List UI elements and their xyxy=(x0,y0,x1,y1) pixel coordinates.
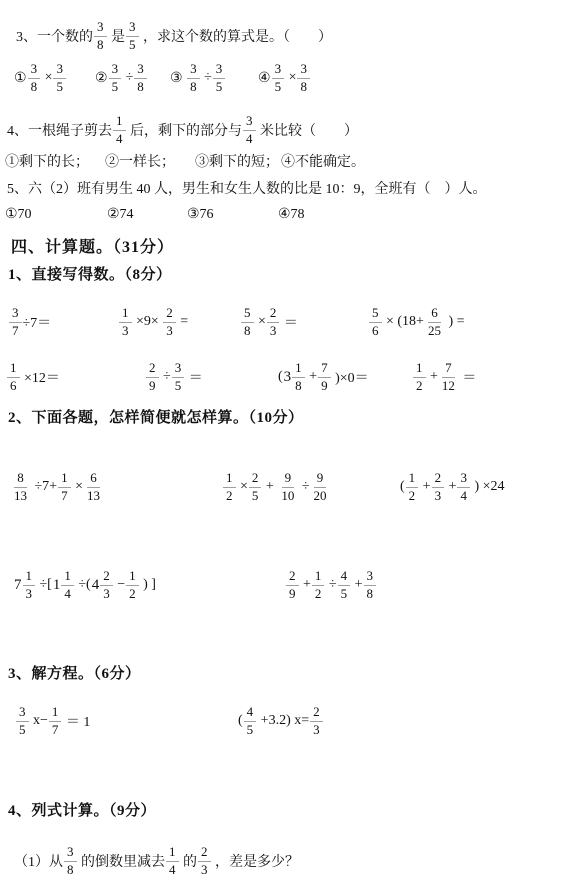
denominator: 25 xyxy=(425,323,444,339)
denominator: 3 xyxy=(119,323,132,339)
denominator: 4 xyxy=(61,586,74,602)
question-4-stem: 4、一根绳子剪去14 后，剩下的部分与34 米比较（ ） xyxy=(0,110,588,150)
direct-expr-6: 29 ÷35 ＝ xyxy=(145,356,203,398)
q5-option-1: ①70 xyxy=(5,203,32,225)
solve-equations-row-1: 35 x−17 ＝ 1 (45 +3.2) x=23 xyxy=(0,700,588,742)
numerator: 3 xyxy=(109,62,122,79)
section-4-title: 四、计算题。（31分） xyxy=(0,233,588,257)
fraction: 38 xyxy=(28,62,41,95)
numerator: 2 xyxy=(198,845,211,862)
math-text: ÷ xyxy=(160,369,171,385)
math-text: × xyxy=(72,479,83,495)
fraction: 35 xyxy=(172,361,185,394)
numerator: 9 xyxy=(282,471,295,488)
simplify-expr-1: 813 ÷7+17 ×613 xyxy=(10,466,104,508)
q3-option-3: ③ 38 ÷35 xyxy=(170,58,226,98)
whole-part: 7 xyxy=(14,577,22,594)
denominator: 7 xyxy=(58,488,71,504)
fraction: 813 xyxy=(11,471,30,504)
numerator: 6 xyxy=(428,306,441,323)
simplify-expr-3: (12 +23 +34 ) ×24 xyxy=(400,466,505,508)
math-text: ③ xyxy=(170,70,186,87)
numerator: 5 xyxy=(241,306,254,323)
denominator: 12 xyxy=(439,378,458,394)
column-calc-title: 4、列式计算。（9分） xyxy=(0,797,588,821)
denominator: 5 xyxy=(249,488,262,504)
numerator: 1 xyxy=(312,569,325,586)
direct-expr-3: 58 ×23 ＝ xyxy=(240,301,298,343)
numerator: 3 xyxy=(457,471,470,488)
math-text: + xyxy=(351,577,362,593)
numerator: 4 xyxy=(338,569,351,586)
denominator: 2 xyxy=(223,488,236,504)
math-text: 后，剩下的部分与 xyxy=(127,120,243,140)
fraction: 38 xyxy=(297,62,310,95)
denominator: 9 xyxy=(318,378,331,394)
math-text: ÷ xyxy=(298,479,309,495)
denominator: 6 xyxy=(7,378,20,394)
math-text: + xyxy=(445,479,456,495)
question-3-options: ①38 ×35 ②35 ÷38 ③ 38 ÷35 ④35 ×38 xyxy=(0,58,588,98)
fraction: 12 xyxy=(312,569,325,602)
numerator: 1 xyxy=(406,471,419,488)
equation-expr-1: 35 x−17 ＝ 1 xyxy=(15,700,90,742)
numerator: 1 xyxy=(113,114,126,131)
math-text: ÷ xyxy=(325,577,336,593)
math-text: ×12＝ xyxy=(21,367,60,387)
numerator: 8 xyxy=(14,471,27,488)
question-5-stem-text: 5、六（2）班有男生 40 人，男生和女生人数的比是 10：9，全班有（ ）人。 xyxy=(7,178,487,198)
math-text: ( xyxy=(400,479,405,495)
fraction: 17 xyxy=(58,471,71,504)
fraction: 712 xyxy=(439,361,458,394)
equation-expr-2: (45 +3.2) x=23 xyxy=(238,700,324,742)
simplify-calc-title-text: 2、下面各题，怎样简便就怎样算。（10分） xyxy=(8,406,304,427)
math-text: 是 xyxy=(108,26,126,46)
math-text: ( xyxy=(278,369,283,385)
fraction: 613 xyxy=(84,471,103,504)
numerator: 3 xyxy=(172,361,185,378)
numerator: 2 xyxy=(100,569,113,586)
denominator: 7 xyxy=(49,722,62,738)
q4-option-1: ①剩下的长； xyxy=(5,150,89,172)
denominator: 8 xyxy=(64,862,77,877)
math-text: +3.2) x= xyxy=(257,713,309,729)
numerator: 7 xyxy=(442,361,455,378)
denominator: 5 xyxy=(272,79,285,95)
fraction: 58 xyxy=(241,306,254,339)
denominator: 2 xyxy=(126,586,139,602)
numerator: 3 xyxy=(243,114,256,131)
fraction: 45 xyxy=(244,705,257,738)
math-text: × (18+ xyxy=(383,314,424,330)
fraction: 14 xyxy=(166,845,179,877)
numerator: 1 xyxy=(23,569,36,586)
math-text: x− xyxy=(30,713,48,729)
q4-option-2: ②一样长； xyxy=(105,150,175,172)
fraction: 35 xyxy=(16,705,29,738)
denominator: 8 xyxy=(94,37,107,53)
mixed-number: 318 xyxy=(284,361,305,394)
denominator: 5 xyxy=(109,79,122,95)
fraction: 12 xyxy=(413,361,426,394)
numerator: 3 xyxy=(16,705,29,722)
math-text: ÷ xyxy=(122,70,133,86)
math-text: × xyxy=(255,314,266,330)
math-text: × xyxy=(41,70,52,86)
denominator: 3 xyxy=(23,586,36,602)
fraction: 45 xyxy=(338,569,351,602)
direct-expr-5: 16 ×12＝ xyxy=(6,356,60,398)
denominator: 3 xyxy=(198,862,211,877)
direct-expr-7: (318 +79 )×0＝ xyxy=(278,356,369,398)
mixed-number: 114 xyxy=(53,569,74,602)
numerator: 5 xyxy=(369,306,382,323)
fraction: 920 xyxy=(311,471,330,504)
denominator: 4 xyxy=(166,862,179,877)
fraction: 79 xyxy=(318,361,331,394)
direct-calc-title-text: 1、直接写得数。（8分） xyxy=(8,263,172,284)
math-text: ，差是多少？ xyxy=(212,851,300,871)
denominator: 3 xyxy=(163,323,176,339)
fraction: 13 xyxy=(119,306,132,339)
fraction: 23 xyxy=(432,471,445,504)
denominator: 8 xyxy=(292,378,305,394)
denominator: 3 xyxy=(310,722,323,738)
fraction: 38 xyxy=(187,62,200,95)
math-text: )×0＝ xyxy=(332,367,369,387)
numerator: 1 xyxy=(58,471,71,488)
math-text: = xyxy=(177,314,188,330)
question-4-options: ①剩下的长； ②一样长； ③剩下的短； ④不能确定。 xyxy=(0,150,588,172)
denominator: 9 xyxy=(286,586,299,602)
column-calc-title-text: 4、列式计算。（9分） xyxy=(8,799,156,820)
denominator: 3 xyxy=(100,586,113,602)
simplify-calc-title: 2、下面各题，怎样简便就怎样算。（10分） xyxy=(0,404,588,428)
denominator: 8 xyxy=(297,79,310,95)
q4-option-3: ③剩下的短； xyxy=(195,150,279,172)
fraction: 29 xyxy=(146,361,159,394)
fraction: 29 xyxy=(286,569,299,602)
denominator: 8 xyxy=(364,586,377,602)
math-text: ① xyxy=(14,70,27,87)
numerator: 1 xyxy=(49,705,62,722)
numerator: 1 xyxy=(126,569,139,586)
fraction: 23 xyxy=(310,705,323,738)
q5-option-4: ④78 xyxy=(278,203,305,225)
math-text: ×9× xyxy=(133,314,163,330)
q3-option-1: ①38 ×35 xyxy=(14,58,67,98)
q3-option-2: ②35 ÷38 xyxy=(95,58,148,98)
simplify-calc-row-1: 813 ÷7+17 ×613 12 ×25 + 910 ÷920 (12 +23… xyxy=(0,466,588,508)
numerator: 2 xyxy=(163,306,176,323)
direct-calc-title: 1、直接写得数。（8分） xyxy=(0,262,588,284)
math-text: ，求这个数的算式是。（ ） xyxy=(140,26,333,46)
fraction: 35 xyxy=(53,62,66,95)
simplify-expr-2: 12 ×25 + 910 ÷920 xyxy=(222,466,331,508)
denominator: 20 xyxy=(311,488,330,504)
whole-part: 4 xyxy=(92,577,100,594)
fraction: 38 xyxy=(94,20,107,53)
denominator: 5 xyxy=(16,722,29,738)
question-3-stem: 3、一个数的38 是35 ，求这个数的算式是。（ ） xyxy=(0,15,588,57)
whole-part: 3 xyxy=(284,369,292,386)
math-text: ② xyxy=(95,70,108,87)
denominator: 10 xyxy=(278,488,297,504)
math-text: 米比较（ ） xyxy=(257,120,359,140)
numerator: 3 xyxy=(9,306,22,323)
numerator: 1 xyxy=(7,361,20,378)
fraction: 23 xyxy=(163,306,176,339)
denominator: 5 xyxy=(53,79,66,95)
denominator: 13 xyxy=(11,488,30,504)
denominator: 6 xyxy=(369,323,382,339)
fraction: 17 xyxy=(49,705,62,738)
whole-part: 1 xyxy=(53,577,61,594)
mixed-number: 713 xyxy=(14,569,35,602)
q4-option-4: ④不能确定。 xyxy=(281,150,365,172)
denominator: 5 xyxy=(338,586,351,602)
q5-option-2: ②74 xyxy=(107,203,134,225)
solve-equations-title-text: 3、解方程。（6分） xyxy=(8,662,141,683)
fraction: 37 xyxy=(9,306,22,339)
numerator: 3 xyxy=(297,62,310,79)
q5-option-3: ③76 xyxy=(187,203,214,225)
fraction: 625 xyxy=(425,306,444,339)
math-text: + xyxy=(300,577,311,593)
numerator: 3 xyxy=(53,62,66,79)
numerator: 3 xyxy=(64,845,77,862)
numerator: 3 xyxy=(187,62,200,79)
solve-equations-title: 3、解方程。（6分） xyxy=(0,660,588,684)
math-text: ＝ xyxy=(459,367,477,387)
denominator: 4 xyxy=(243,131,256,147)
math-text: （1）从 xyxy=(14,851,63,871)
math-text: + xyxy=(262,479,277,495)
direct-calc-row-1: 37÷7＝ 13 ×9× 23 = 58 ×23 ＝ 56 × (18+625 … xyxy=(0,301,588,343)
math-text: × xyxy=(285,70,296,86)
math-text: ＝ 1 xyxy=(62,711,90,731)
direct-expr-2: 13 ×9× 23 = xyxy=(118,301,188,343)
numerator: 2 xyxy=(310,705,323,722)
question-5-options: ①70 ②74 ③76 ④78 xyxy=(0,203,588,225)
math-text: ( xyxy=(238,713,243,729)
numerator: 2 xyxy=(286,569,299,586)
math-text: 的倒数里减去 xyxy=(78,851,166,871)
numerator: 4 xyxy=(244,705,257,722)
numerator: 1 xyxy=(61,569,74,586)
math-text: ÷7＝ xyxy=(23,312,52,332)
mixed-number: 423 xyxy=(92,569,113,602)
fraction: 23 xyxy=(198,845,211,877)
numerator: 3 xyxy=(134,62,147,79)
question-5-stem: 5、六（2）班有男生 40 人，男生和女生人数的比是 10：9，全班有（ ）人。 xyxy=(0,177,588,199)
fraction: 35 xyxy=(126,20,139,53)
math-text: ) ] xyxy=(140,577,156,593)
math-text: − xyxy=(114,577,125,593)
fraction: 12 xyxy=(126,569,139,602)
math-text: × xyxy=(237,479,248,495)
math-text: + xyxy=(419,479,430,495)
simplify-calc-row-2: 713 ÷[114 ÷(423 −12 ) ] 29 +12 ÷45 +38 xyxy=(0,564,588,606)
simplify-expr-5: 29 +12 ÷45 +38 xyxy=(285,564,377,606)
math-text: 4、一根绳子剪去 xyxy=(7,120,112,140)
fraction: 38 xyxy=(64,845,77,877)
fraction: 35 xyxy=(109,62,122,95)
math-text: ÷[ xyxy=(36,577,52,593)
math-text: ÷7+ xyxy=(31,479,57,495)
math-text: ＝ xyxy=(280,312,298,332)
fraction: 16 xyxy=(7,361,20,394)
denominator: 7 xyxy=(9,323,22,339)
denominator: 3 xyxy=(267,323,280,339)
numerator: 1 xyxy=(292,361,305,378)
numerator: 3 xyxy=(364,569,377,586)
numerator: 2 xyxy=(432,471,445,488)
fraction: 34 xyxy=(243,114,256,147)
numerator: 3 xyxy=(28,62,41,79)
denominator: 8 xyxy=(134,79,147,95)
fraction: 34 xyxy=(457,471,470,504)
numerator: 1 xyxy=(223,471,236,488)
denominator: 5 xyxy=(213,79,226,95)
numerator: 3 xyxy=(126,20,139,37)
math-text: + xyxy=(306,369,317,385)
fraction: 38 xyxy=(134,62,147,95)
math-text: ④ xyxy=(258,70,271,87)
fraction: 12 xyxy=(223,471,236,504)
denominator: 3 xyxy=(432,488,445,504)
denominator: 8 xyxy=(187,79,200,95)
direct-expr-1: 37÷7＝ xyxy=(8,301,51,343)
denominator: 5 xyxy=(244,722,257,738)
numerator: 2 xyxy=(146,361,159,378)
simplify-expr-4: 713 ÷[114 ÷(423 −12 ) ] xyxy=(13,564,156,606)
math-text: + xyxy=(427,369,438,385)
math-text: ÷( xyxy=(75,577,91,593)
denominator: 5 xyxy=(172,378,185,394)
fraction: 38 xyxy=(364,569,377,602)
fraction: 12 xyxy=(406,471,419,504)
numerator: 1 xyxy=(166,845,179,862)
denominator: 2 xyxy=(413,378,426,394)
denominator: 8 xyxy=(241,323,254,339)
fraction: 910 xyxy=(278,471,297,504)
denominator: 2 xyxy=(406,488,419,504)
denominator: 13 xyxy=(84,488,103,504)
fraction: 35 xyxy=(213,62,226,95)
fraction: 14 xyxy=(113,114,126,147)
numerator: 1 xyxy=(413,361,426,378)
math-text: ÷ xyxy=(201,70,212,86)
math-text: ＝ xyxy=(185,367,203,387)
denominator: 4 xyxy=(113,131,126,147)
direct-calc-row-2: 16 ×12＝ 29 ÷35 ＝ (318 +79 )×0＝ 12 +712 ＝ xyxy=(0,356,588,398)
denominator: 4 xyxy=(457,488,470,504)
denominator: 5 xyxy=(126,37,139,53)
numerator: 7 xyxy=(318,361,331,378)
fraction: 56 xyxy=(369,306,382,339)
numerator: 3 xyxy=(272,62,285,79)
math-text: ) ×24 xyxy=(471,479,505,495)
fraction: 35 xyxy=(272,62,285,95)
numerator: 2 xyxy=(249,471,262,488)
denominator: 2 xyxy=(312,586,325,602)
fraction: 25 xyxy=(249,471,262,504)
numerator: 1 xyxy=(119,306,132,323)
math-text: 的 xyxy=(180,851,198,871)
q3-option-4: ④35 ×38 xyxy=(258,58,311,98)
denominator: 9 xyxy=(146,378,159,394)
numerator: 3 xyxy=(94,20,107,37)
math-text: ) = xyxy=(445,314,465,330)
numerator: 6 xyxy=(87,471,100,488)
column-calc-q1: （1）从38 的倒数里减去14 的23 ，差是多少？ xyxy=(0,841,588,877)
numerator: 2 xyxy=(267,306,280,323)
exam-paper: 3、一个数的38 是35 ，求这个数的算式是。（ ） ①38 ×35 ②35 ÷… xyxy=(0,0,588,877)
fraction: 23 xyxy=(267,306,280,339)
direct-expr-4: 56 × (18+625 ) = xyxy=(368,301,465,343)
denominator: 8 xyxy=(28,79,41,95)
direct-expr-8: 12 +712 ＝ xyxy=(412,356,476,398)
math-text: 3、一个数的 xyxy=(16,26,93,46)
section-4-title-text: 四、计算题。（31分） xyxy=(11,234,174,257)
numerator: 3 xyxy=(213,62,226,79)
numerator: 9 xyxy=(314,471,327,488)
